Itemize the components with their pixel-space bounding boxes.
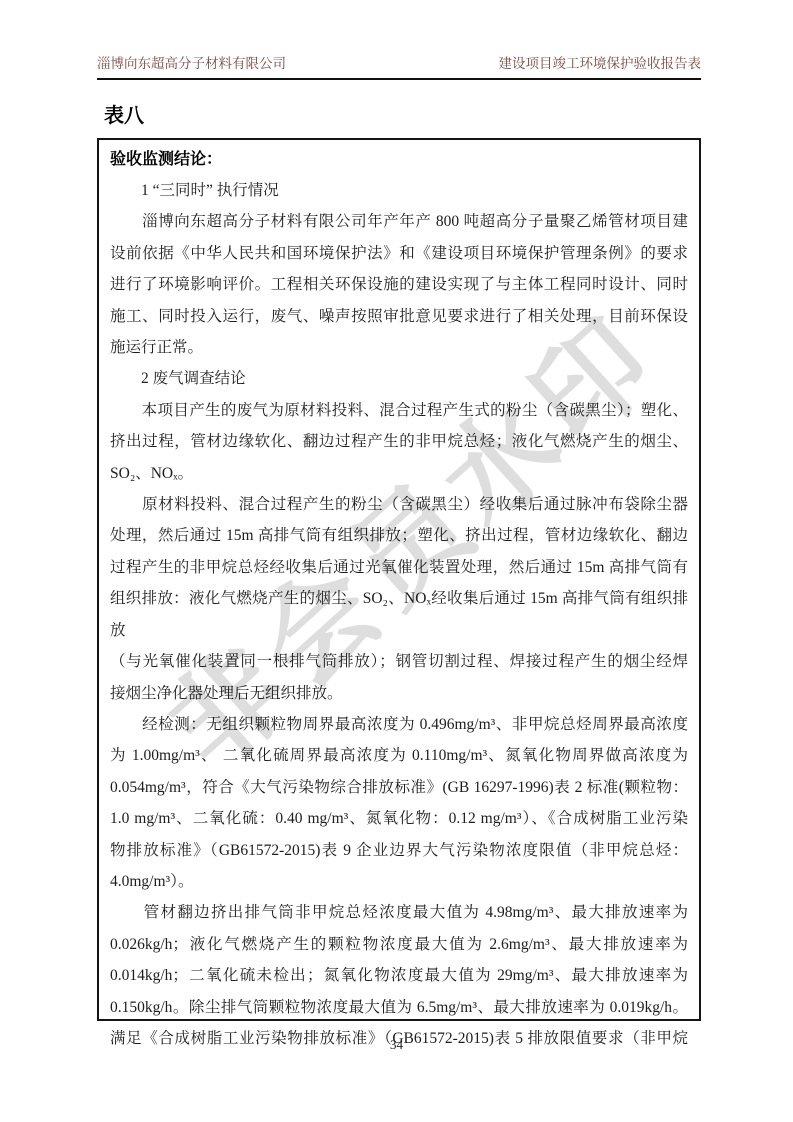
text-line: 淄博向东超高分子材料有限公司年产年产 800 吨超高分子量聚乙烯管材项目建 (110, 206, 688, 237)
text-line: 设前依据《中华人民共和国环境保护法》和《建设项目环境保护管理条例》的要求 (110, 238, 688, 269)
header-divider (97, 78, 701, 80)
text-line: 施工、同时投入运行，废气、噪声按照审批意见要求进行了相关处理，目前环保设 (110, 301, 688, 332)
text-line: 为 1.00mg/m³、 二氧化硫周界最高浓度为 0.110mg/m³、氮氧化物… (110, 740, 688, 771)
box-lines: 1 “三同时” 执行情况 淄博向东超高分子材料有限公司年产年产 800 吨超高分… (110, 175, 688, 1054)
page-number: 34 (0, 1037, 793, 1053)
text-line: 0.026kg/h；液化气燃烧产生的颗粒物浓度最大值为 2.6mg/m³、最大排… (110, 929, 688, 960)
text-line: （与光氧催化装置同一根排气筒排放）；钢管切割过程、焊接过程产生的烟尘经焊 (110, 646, 688, 677)
text-line: 4.0mg/m³）。 (110, 866, 688, 897)
text-line: 2 废气调查结论 (110, 363, 688, 394)
content-box: 验收监测结论： 1 “三同时” 执行情况 淄博向东超高分子材料有限公司年产年产 … (97, 138, 701, 1021)
text-line: 经检测：无组织颗粒物周界最高浓度为 0.496mg/m³、非甲烷总烃周界最高浓度 (110, 709, 688, 740)
text-line: 0.150kg/h。除尘排气筒颗粒物浓度最大值为 6.5mg/m³、最大排放速率… (110, 992, 688, 1023)
box-heading: 验收监测结论： (110, 145, 688, 175)
text-line: 处理，然后通过 15m 高排气筒有组织排放；塑化、挤出过程，管材边缘软化、翻边 (110, 520, 688, 551)
text-line: 本项目产生的废气为原材料投料、混合过程产生式的粉尘（含碳黑尘）；塑化、 (110, 395, 688, 426)
text-line: 0.014kg/h；二氧化硫未检出；氮氧化物浓度最大值为 29mg/m³、最大排… (110, 960, 688, 991)
header-report-title: 建设项目竣工环境保护验收报告表 (499, 52, 702, 72)
text-line: 挤出过程，管材边缘软化、翻边过程产生的非甲烷总烃；液化气燃烧产生的烟尘、 (110, 426, 688, 457)
text-line: 管材翻边挤出排气筒非甲烷总烃浓度最大值为 4.98mg/m³、最大排放速率为 (110, 897, 688, 928)
text-line: 施运行正常。 (110, 332, 688, 363)
page-title: 表八 (104, 99, 144, 128)
page-header: 淄博向东超高分子材料有限公司 建设项目竣工环境保护验收报告表 (97, 52, 701, 72)
text-line: 进行了环境影响评价。工程相关环保设施的建设实现了与主体工程同时设计、同时 (110, 269, 688, 300)
text-line: 1.0 mg/m³、二氧化硫：0.40 mg/m³、氮氧化物：0.12 mg/m… (110, 803, 688, 834)
text-line: 组织排放：液化气燃烧产生的烟尘、SO₂、NOₓ经收集后通过 15m 高排气筒有组… (110, 583, 688, 646)
text-line: 1 “三同时” 执行情况 (110, 175, 688, 206)
text-line: SO₂、NOₓ。 (110, 458, 688, 489)
text-line: 物排放标准》（GB61572-2015)表 9 企业边界大气污染物浓度限值（非甲… (110, 835, 688, 866)
text-line: 接烟尘净化器处理后无组织排放。 (110, 678, 688, 709)
header-company-name: 淄博向东超高分子材料有限公司 (97, 52, 286, 72)
text-line: 过程产生的非甲烷总烃经收集后通过光氧催化装置处理，然后通过 15m 高排气筒有 (110, 552, 688, 583)
text-line: 0.054mg/m³，符合《大气污染物综合排放标准》(GB 16297-1996… (110, 772, 688, 803)
text-line: 原材料投料、混合过程产生的粉尘（含碳黑尘）经收集后通过脉冲布袋除尘器 (110, 489, 688, 520)
